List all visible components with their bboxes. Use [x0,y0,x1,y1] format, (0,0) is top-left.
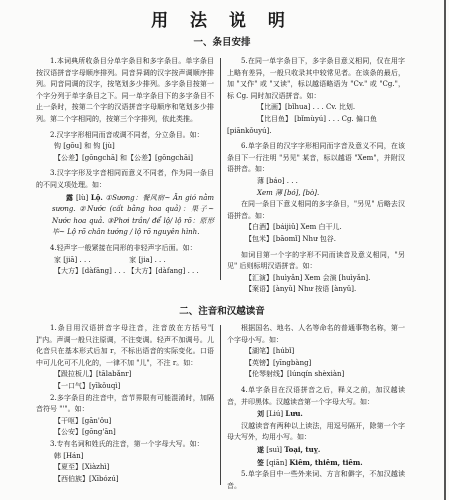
section1-right-column: 5.在同一单字条目下，多字条目意义相同，仅在用字上略有差异，一般只收录其中较常见… [227,56,405,296]
example-line: 【趿拉板儿】[tālabǎnr] [36,369,214,381]
example-line: 【包米】[bāomǐ] Như 包谷. [227,234,405,246]
headword: 遂 [257,445,264,454]
paragraph-1: 1.本词典所收条目分单字条目和多字条目。单字条目按汉语拼音字母顺序排列。同音异调… [36,56,214,126]
example-entry: 签 [qiān] Kiêm, thiêm, tiêm. [227,457,405,470]
example-line: 【干呕】[gān'ǒu] [36,416,214,428]
sino-vietnamese-reading: Lưu. [285,409,303,418]
paragraph-6: 6.单字条目的汉字字形相同而字音及意义不同，在该条目下一行注明 "另见" 某音，… [227,141,405,176]
paragraph-3-cont: 根据国名、地名、人名等命名的普通事物名称，第一个字母小写。如： [227,323,405,346]
paragraph-6c: 如词目第一个字的字形不同而读音及意义相同，"另见" 后则标明汉语拼音。如： [227,250,405,273]
example-line: 【汇演】[huìyǎn] Xem 会演 [huìyǎn]. [227,273,405,285]
paragraph-4: 4.轻声字一般紧接在同形的非轻声字后面。如： [36,243,214,255]
example-a: 家 [jiā] . . . [54,256,91,264]
paragraph-1: 1.条目用汉语拼音字母注音，注音放在方括号"[ ]"内。声调一般只注原调，不注变… [36,323,214,369]
example-line: 【公差】[gōngchā] 和【公差】[gōngchāi] [36,153,214,165]
section2-left-column: 1.条目用汉语拼音字母注音，注音放在方括号"[ ]"内。声调一般只注原调，不注变… [36,323,214,485]
example-line: 韩 [Hán] [36,451,214,463]
example-line: 家 [jiā] . . . 家 [jia] . . . [36,255,214,267]
sino-vietnamese-reading: Kiêm, thiêm, tiêm. [289,458,362,467]
example-line: 【湖笔】[húbǐ] [227,346,405,358]
example-b: 家 [jia] . . . [129,256,166,264]
example-b: 【大方】[dàfang] . . . [127,267,198,275]
example-line: 薄 [báo] . . . [227,176,405,188]
example-entry: 刘 [Liú] Lưu. [227,408,405,421]
example-line: 钩 [gōu] 和 钩 [jù] [36,141,214,153]
example-entry: 露 [lù] Lộ. ①Sương：餐风宿~ Ăn gió nằm sương.… [36,192,214,239]
page-edge [444,0,446,500]
paragraph-5: 5.单字条目中一些外来词、方言和僻字，不加汉越读音。 [227,469,405,492]
example-line: 【大方】[dàfāng] . . . 【大方】[dàfang] . . . [36,266,214,278]
example-line: 【夏至】[Xiàzhì] [36,462,214,474]
example-line: 【白酒】[báijiǔ] Xem 白干儿. [227,222,405,234]
paragraph-3: 3.专有名词和姓氏的注音，第一个字母大写。如： [36,439,214,451]
paragraph-3: 3.汉字字形及字音相同而意义不同者，作为同一条目的不同义项处理。如： [36,168,214,191]
example-continuation: [piānkǒuyú]. [227,126,405,138]
pinyin: [qiān] [266,459,287,467]
headword: 露 [66,193,73,202]
pinyin: [suì] [266,446,282,454]
example-entry: 遂 [suì] Toại, tuỵ. [227,444,405,457]
example-line: Xem 薄 [bó], [bò]. [227,188,405,200]
pinyin: [lù] [76,194,88,202]
headword: 签 [257,458,264,467]
example-line: 【英镑】[yīngbàng] [227,358,405,370]
page-title: 用 法 说 明 [0,6,444,31]
sino-vietnamese-reading: Toại, tuỵ. [284,445,320,454]
example-line: 【比画】[bǐhua] . . . Cv. 比划. [227,102,405,114]
section1-left-column: 1.本词典所收条目分单字条目和多字条目。单字条目按汉语拼音字母顺序排列。同音异调… [36,56,214,278]
column-divider [220,325,221,485]
paragraph-2: 2.多字条目的注音中，音节界限有可能混淆时，加隔音符号 "'"。如： [36,393,214,416]
example-line: 【西伯族】[Xībózú] [36,474,214,486]
example-line: 【伦琴射线】[lúnqín shèxiàn] [227,369,405,381]
paragraph-6b: 在同一条目下意义相同的多字条目，"另见" 后略去汉语拼音。如： [227,199,405,222]
section-heading-entry-arrangement: 一、条目安排 [0,34,444,48]
example-line: 【公安】[gōng'ān] [36,427,214,439]
example-line: 【一口气】[yīkǒuqì] [36,381,214,393]
paragraph-4b: 汉越读音有两种以上读法，用逗号隔开，除第一个字母大写外，均用小写。如： [227,421,405,444]
example-a: 【大方】[dàfāng] . . . [54,267,125,275]
example-line: 【案语】[ànyǔ] Như 按语 [ànyǔ]. [227,284,405,296]
paragraph-4: 4.单字条目在汉语拼音之后，释义之前，加汉越读音，并印黑体。汉越读音第一个字母大… [227,385,405,408]
section2-right-column: 根据国名、地名、人名等命名的普通事物名称，第一个字母小写。如： 【湖笔】[húb… [227,323,405,492]
example-line: 【比目鱼】 [bǐmùyú] . . . Cg. 偏口鱼 [227,114,405,126]
column-divider [220,58,221,280]
dictionary-page: 用 法 说 明 一、条目安排 1.本词典所收条目分单字条目和多字条目。单字条目按… [0,0,444,500]
paragraph-5: 5.在同一单字条目下，多字条目意义相同，仅在用字上略有差异，一般只收录其中较常见… [227,56,405,102]
paragraph-2: 2.汉字字形相同而音或调不同者，分立条目。如： [36,130,214,142]
sino-vietnamese-reading: Lộ. [91,193,103,202]
headword: 刘 [257,409,264,418]
pinyin: [Liú] [266,410,283,418]
section-heading-phonetic-notation: 二、注音和汉越读音 [0,303,444,317]
